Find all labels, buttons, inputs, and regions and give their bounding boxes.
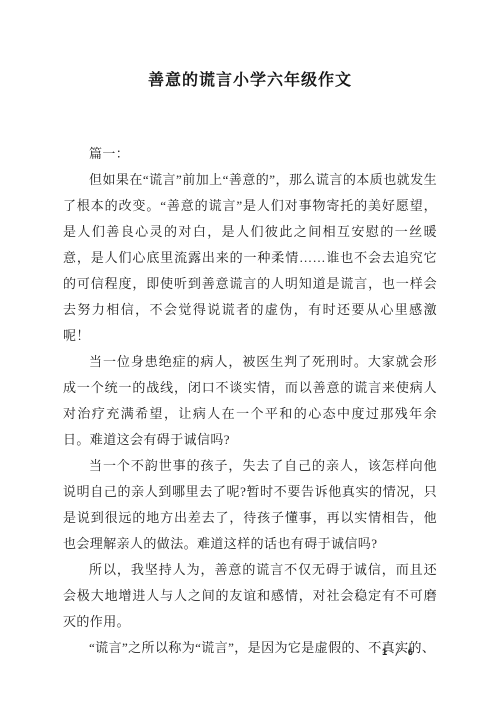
paragraph: “谎言”之所以称为“谎言”，是因为它是虚假的、不真实的、 [63,635,437,661]
page-title: 善意的谎言小学六年级作文 [0,0,500,91]
paragraph: 当一个不韵世事的孩子，失去了自己的亲人，该怎样向他说明自己的亲人到哪里去了呢?暂… [63,453,437,557]
page-number: 1 / 6 [382,648,414,658]
paragraph: 所以，我坚持人为，善意的谎言不仅无碍于诚信，而且还会极大地增进人与人之间的友谊和… [63,557,437,635]
paragraph: 当一位身患绝症的病人，被医生判了死刑时。大家就会形成一个统一的战线，闭口不谈实情… [63,349,437,453]
section-heading: 篇一： [63,141,437,167]
document-body: 篇一： 但如果在“谎言”前加上“善意的”，那么谎言的本质也就发生了根本的改变。“… [63,141,437,661]
document-page: 善意的谎言小学六年级作文 篇一： 但如果在“谎言”前加上“善意的”，那么谎言的本… [0,0,500,707]
paragraph: 但如果在“谎言”前加上“善意的”，那么谎言的本质也就发生了根本的改变。“善意的谎… [63,167,437,349]
